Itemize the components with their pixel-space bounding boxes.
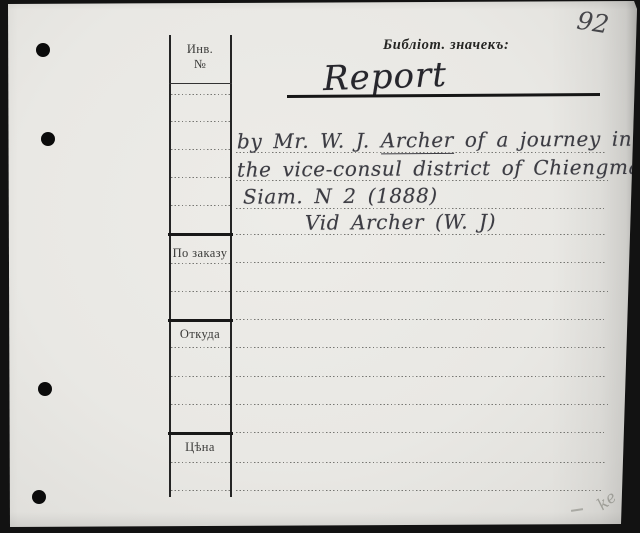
ruled-line bbox=[236, 347, 607, 348]
column-ruled-line bbox=[171, 462, 230, 463]
ruled-line bbox=[236, 262, 605, 263]
column-ruled-line bbox=[171, 263, 230, 264]
column-divider bbox=[169, 83, 232, 84]
page-number-pencil-mark: 92 bbox=[575, 6, 611, 40]
punch-hole bbox=[32, 490, 46, 504]
origin-label: Откуда bbox=[169, 327, 231, 342]
column-right-border bbox=[230, 35, 232, 497]
ruled-line bbox=[236, 404, 608, 405]
handwritten-line-4: Vid Archer (W. J) bbox=[305, 209, 496, 234]
ruled-line bbox=[236, 376, 605, 377]
ruled-line bbox=[236, 234, 607, 235]
column-ruled-line bbox=[171, 177, 230, 178]
column-ruled-line bbox=[171, 149, 230, 150]
by-order-label: По заказу bbox=[166, 246, 234, 261]
column-ruled-line bbox=[171, 404, 230, 405]
column-left-border bbox=[169, 35, 171, 497]
library-mark-label: Библіот. значекъ: bbox=[383, 37, 515, 54]
scan-frame: Библіот. значекъ: Инв. № По заказу Откуд… bbox=[0, 0, 640, 533]
punch-hole bbox=[38, 382, 52, 396]
column-ruled-line bbox=[171, 376, 230, 377]
column-ruled-line bbox=[171, 291, 230, 292]
column-ruled-line bbox=[171, 121, 230, 122]
line1-post: of a journey in bbox=[454, 127, 633, 152]
title-underline bbox=[287, 93, 600, 98]
column-section-divider bbox=[168, 432, 233, 435]
column-section-divider bbox=[168, 233, 233, 236]
ruled-line bbox=[236, 319, 604, 320]
line1-author-underlined: Archer bbox=[381, 128, 454, 155]
column-ruled-line bbox=[171, 347, 230, 348]
column-ruled-line bbox=[171, 205, 230, 206]
pencil-dash-mark bbox=[571, 508, 583, 511]
punch-hole bbox=[36, 43, 50, 57]
handwritten-title: Report bbox=[322, 55, 447, 99]
column-section-divider bbox=[168, 319, 233, 322]
punch-hole bbox=[41, 132, 55, 146]
inventory-number-sign: № bbox=[169, 57, 231, 72]
paper-sheet: Библіот. значекъ: Инв. № По заказу Откуд… bbox=[0, 0, 640, 533]
ruled-line bbox=[236, 432, 604, 433]
column-ruled-line bbox=[171, 490, 230, 491]
column-ruled-line bbox=[171, 94, 230, 95]
handwritten-line-1: by Mr. W. J. Archer of a journey in bbox=[237, 127, 632, 154]
ruled-line bbox=[236, 462, 606, 463]
ruled-line bbox=[236, 291, 608, 292]
price-label: Цѣна bbox=[169, 440, 231, 455]
handwritten-line-2: the vice-consul district of Chiengmai, S… bbox=[237, 154, 640, 181]
handwritten-line-3: Siam. N 2 (1888) bbox=[243, 183, 438, 208]
inventory-number-label: Инв. bbox=[169, 42, 231, 57]
line1-pre: by Mr. W. J. bbox=[237, 128, 381, 153]
ruled-line bbox=[236, 490, 602, 491]
